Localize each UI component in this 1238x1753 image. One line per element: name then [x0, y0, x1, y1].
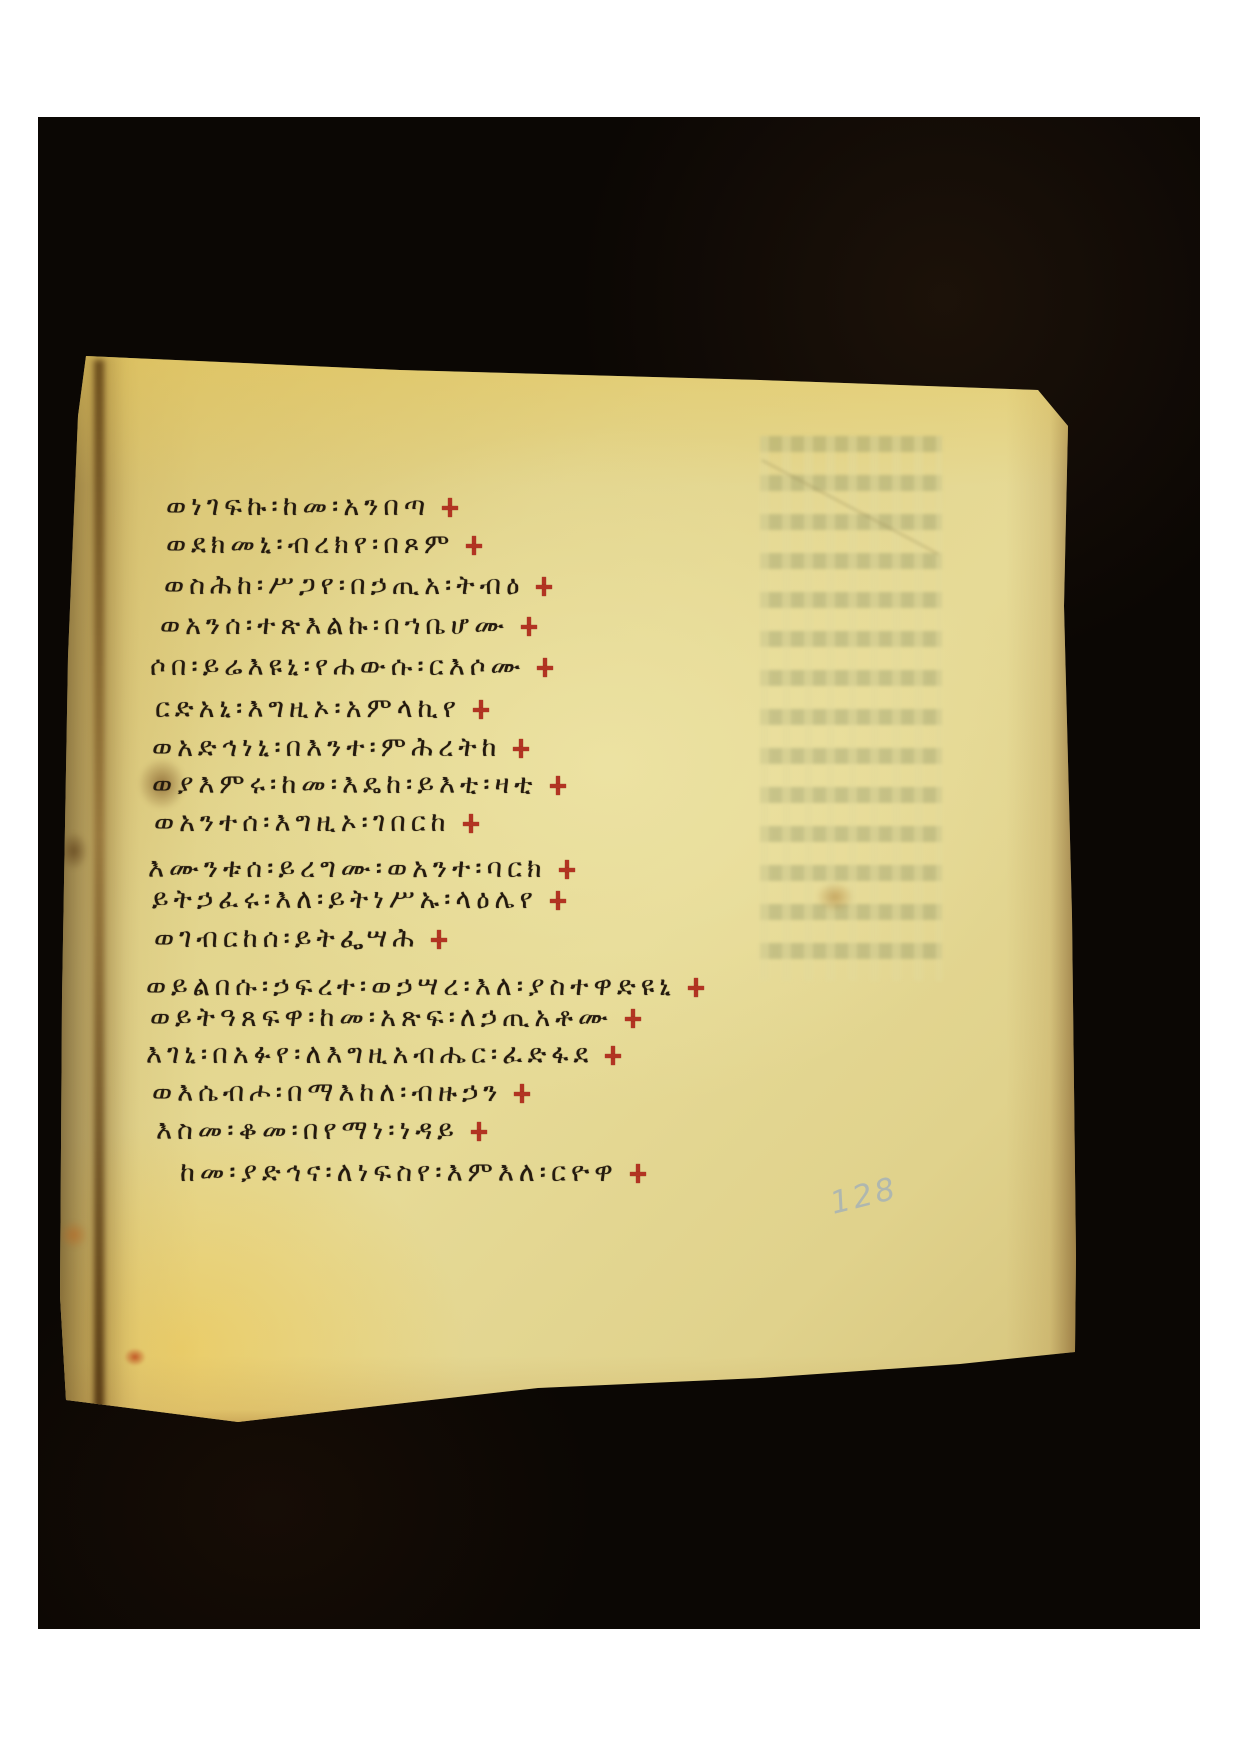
ink-stain — [60, 832, 88, 870]
rubric-cross-icon — [550, 891, 566, 911]
line-text: ወእሴብሖ፡በማእከለ፡ብዙኃን — [152, 1077, 502, 1108]
text-line: ወአንተሰ፡እግዚኦ፡ገበርከ — [154, 806, 479, 840]
text-line: ወይልበሱ፡ኃፍረተ፡ወኃሣረ፡እለ፡ያስተዋድዩኒ — [146, 970, 704, 1004]
pencil-page-number: 128 — [827, 1170, 902, 1221]
line-text: ርድአኒ፡እግዚኦ፡አምላኪየ — [155, 693, 461, 724]
text-line: ወይትዓጸፍዋ፡ከመ፡አጽፍ፡ለኃጢአቶሙ — [150, 1001, 641, 1035]
line-text: እስመ፡ቆመ፡በየማነ፡ነዳይ — [156, 1115, 459, 1146]
line-text: ወይትዓጸፍዋ፡ከመ፡አጽፍ፡ለኃጢአቶሙ — [150, 1002, 613, 1033]
rubric-cross-icon — [688, 978, 704, 998]
text-line: እገኒ፡በአፉየ፡ለእግዚአብሔር፡ፈድፋደ — [146, 1038, 621, 1072]
rubric-cross-icon — [513, 739, 529, 759]
rubric-cross-icon — [463, 814, 479, 834]
line-text: ይትኃፈሩ፡እለ፡ይትነሥኡ፡ላዕሌየ — [152, 884, 538, 915]
line-text: ወደክመኒ፡ብረክየ፡በጾም — [166, 529, 454, 560]
red-mark — [124, 1348, 146, 1366]
text-line: ርድአኒ፡እግዚኦ፡አምላኪየ — [155, 692, 489, 726]
line-text: ወአንተሰ፡እግዚኦ፡ገበርከ — [154, 807, 451, 838]
text-line: ወአድኅነኒ፡በእንተ፡ምሕረትከ — [152, 731, 529, 765]
text-line: እስመ፡ቆመ፡በየማነ፡ነዳይ — [156, 1114, 487, 1148]
text-line: ወያእምሩ፡ከመ፡እዴከ፡ይእቲ፡ዛቲ — [152, 768, 566, 802]
rubric-cross-icon — [605, 1046, 621, 1066]
rubric-cross-icon — [559, 860, 575, 880]
rubric-cross-icon — [431, 930, 447, 950]
line-text: ወገብርከሰ፡ይትፌሣሕ — [154, 923, 419, 954]
rubric-cross-icon — [471, 1122, 487, 1142]
text-line: ሶበ፡ይሬእዩኒ፡የሐውሱ፡ርእሶሙ — [150, 650, 553, 684]
text-line: ወገብርከሰ፡ይትፌሣሕ — [154, 922, 447, 956]
text-line: ወነገፍኩ፡ከመ፡አንበጣ — [166, 490, 458, 524]
text-line: ወስሕከ፡ሥጋየ፡በኃጢአ፡ትብዕ — [164, 569, 552, 603]
line-text: ወአድኅነኒ፡በእንተ፡ምሕረትከ — [152, 732, 501, 763]
line-text: ሶበ፡ይሬእዩኒ፡የሐውሱ፡ርእሶሙ — [150, 651, 525, 682]
text-line: እሙንቱሰ፡ይረግሙ፡ወአንተ፡ባርክ — [148, 852, 575, 886]
line-text: ከመ፡ያድኅና፡ለነፍስየ፡እምእለ፡ርዮዋ — [180, 1157, 618, 1188]
text-line: ይትኃፈሩ፡እለ፡ይትነሥኡ፡ላዕሌየ — [152, 883, 566, 917]
line-text: ወስሕከ፡ሥጋየ፡በኃጢአ፡ትብዕ — [164, 570, 524, 601]
parchment-stain — [60, 1221, 88, 1249]
text-line: ወደክመኒ፡ብረክየ፡በጾም — [166, 528, 482, 562]
rubric-cross-icon — [473, 700, 489, 720]
rubric-cross-icon — [537, 658, 553, 678]
parchment-stain — [816, 882, 854, 912]
line-text: ወአንሰ፡ተጽእልኩ፡በኀቤሆሙ — [160, 610, 509, 641]
rubric-cross-icon — [521, 617, 537, 637]
line-text: እሙንቱሰ፡ይረግሙ፡ወአንተ፡ባርክ — [148, 853, 547, 884]
parchment-page: ወነገፍኩ፡ከመ፡አንበጣ ወደክመኒ፡ብረክየ፡በጾም ወስሕከ፡ሥጋየ፡በኃ… — [60, 356, 1076, 1436]
rubric-cross-icon — [514, 1084, 530, 1104]
rubric-cross-icon — [630, 1164, 646, 1184]
manuscript-photo: ወነገፍኩ፡ከመ፡አንበጣ ወደክመኒ፡ብረክየ፡በጾም ወስሕከ፡ሥጋየ፡በኃ… — [38, 117, 1200, 1629]
rubric-cross-icon — [625, 1009, 641, 1029]
rubric-cross-icon — [442, 498, 458, 518]
text-line: ወአንሰ፡ተጽእልኩ፡በኀቤሆሙ — [160, 609, 537, 643]
rubric-cross-icon — [550, 776, 566, 796]
line-text: እገኒ፡በአፉየ፡ለእግዚአብሔር፡ፈድፋደ — [146, 1039, 593, 1070]
text-line: ከመ፡ያድኅና፡ለነፍስየ፡እምእለ፡ርዮዋ — [180, 1156, 646, 1190]
rubric-cross-icon — [466, 536, 482, 556]
line-text: ወያእምሩ፡ከመ፡እዴከ፡ይእቲ፡ዛቲ — [152, 769, 538, 800]
line-text: ወይልበሱ፡ኃፍረተ፡ወኃሣረ፡እለ፡ያስተዋድዩኒ — [146, 971, 676, 1002]
text-line: ወእሴብሖ፡በማእከለ፡ብዙኃን — [152, 1076, 530, 1110]
gutter-fold — [94, 360, 104, 1416]
line-text: ወነገፍኩ፡ከመ፡አንበጣ — [166, 491, 430, 522]
rubric-cross-icon — [536, 577, 552, 597]
